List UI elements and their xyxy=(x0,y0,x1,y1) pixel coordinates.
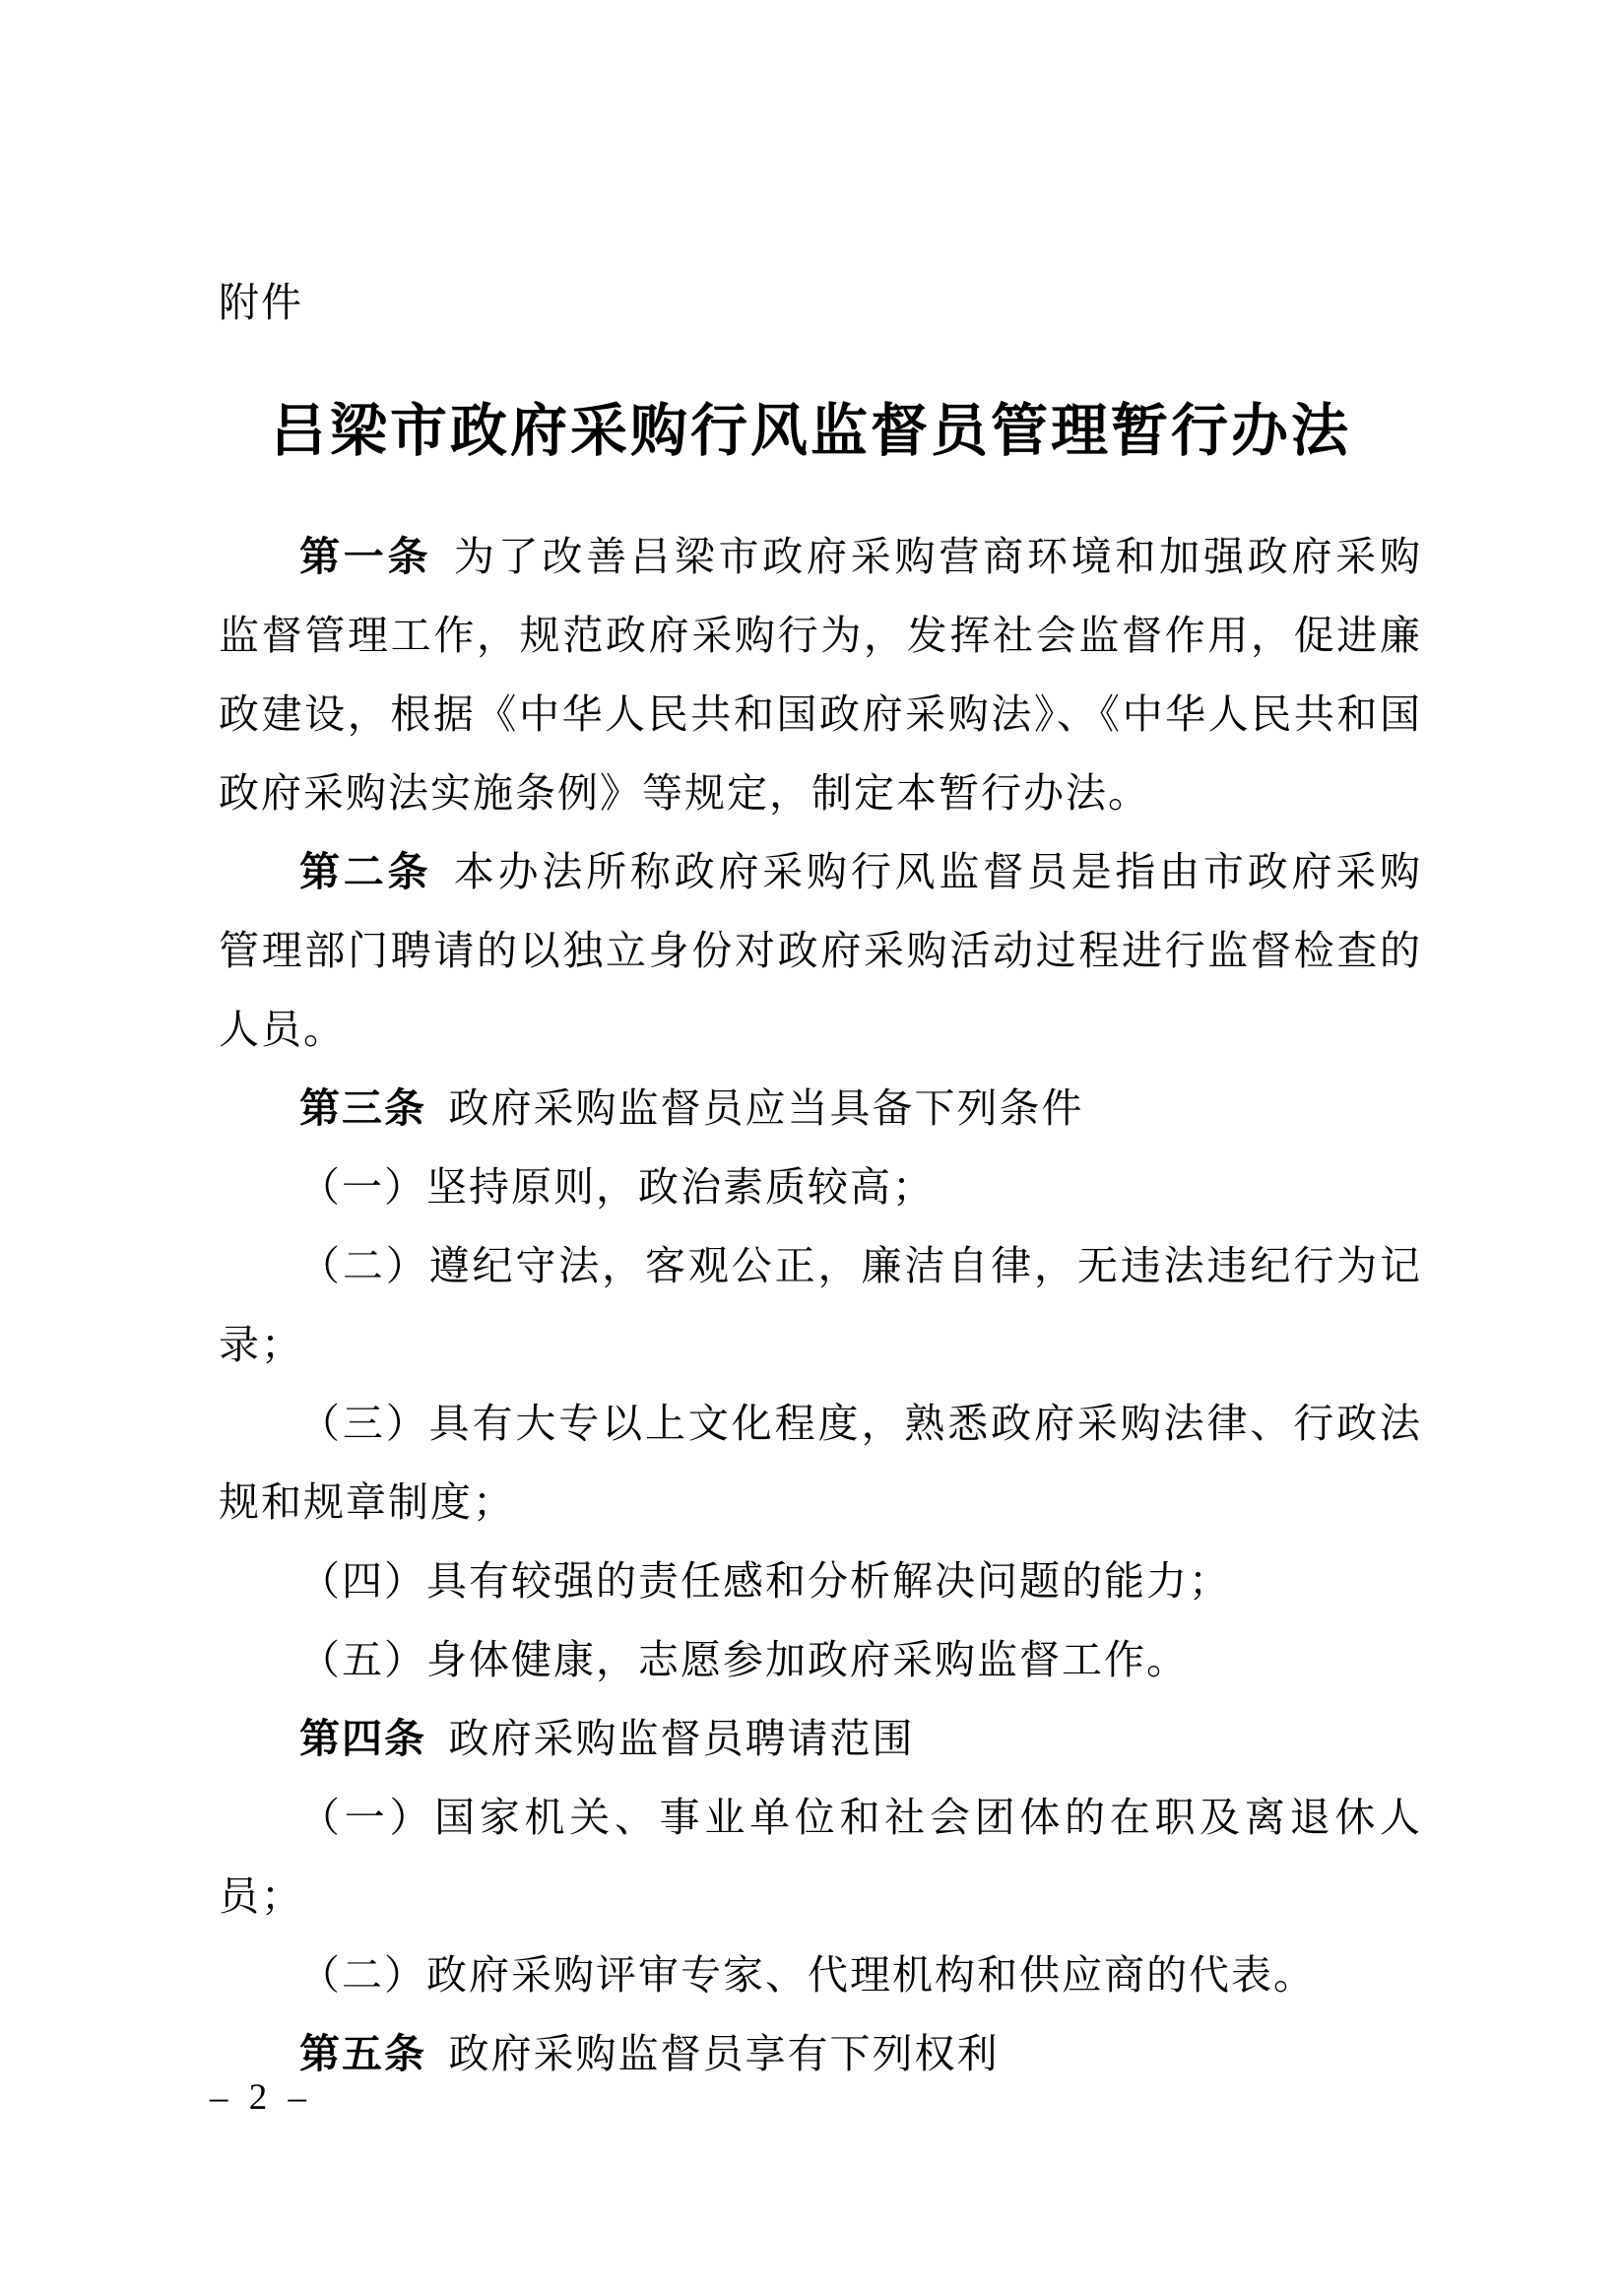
item-text: （二）政府采购评审专家、代理机构和供应商的代表。 xyxy=(299,1952,1316,1998)
paragraph-article-2: 第二条本办法所称政府采购行风监督员是指由市政府采购管理部门聘请的以独立身份对政府… xyxy=(219,832,1422,1069)
item-text: （一）国家机关、事业单位和社会团体的在职及离退休人员； xyxy=(219,1795,1422,1919)
paragraph-article-4-item-1: （一）国家机关、事业单位和社会团体的在职及离退休人员； xyxy=(219,1778,1422,1935)
document-page: 附件 吕梁市政府采购行风监督员管理暂行办法 第一条为了改善吕梁市政府采购营商环境… xyxy=(0,0,1621,2296)
article-4-number: 第四条 xyxy=(299,1716,426,1761)
paragraph-article-5: 第五条政府采购监督员享有下列权利 xyxy=(219,2014,1422,2093)
document-title: 吕梁市政府采购行风监督员管理暂行办法 xyxy=(0,392,1621,471)
article-2-number: 第二条 xyxy=(299,849,431,894)
paragraph-article-3-item-2: （二）遵纪守法，客观公正，廉洁自律，无违法违纪行为记录； xyxy=(219,1226,1422,1384)
attachment-label: 附件 xyxy=(219,279,303,326)
paragraph-article-4-item-2: （二）政府采购评审专家、代理机构和供应商的代表。 xyxy=(219,1935,1422,2014)
paragraph-article-3-item-3: （三）具有大专以上文化程度，熟悉政府采购法律、行政法规和规章制度； xyxy=(219,1384,1422,1542)
paragraph-article-3-item-4: （四）具有较强的责任感和分析解决问题的能力； xyxy=(219,1542,1422,1620)
article-3-text: 政府采购监督员应当具备下列条件 xyxy=(449,1085,1084,1131)
paragraph-article-3-item-1: （一）坚持原则，政治素质较高； xyxy=(219,1148,1422,1226)
paragraph-article-1: 第一条为了改善吕梁市政府采购营商环境和加强政府采购监督管理工作，规范政府采购行为… xyxy=(219,517,1422,832)
paragraph-article-3: 第三条政府采购监督员应当具备下列条件 xyxy=(219,1069,1422,1148)
item-text: （一）坚持原则，政治素质较高； xyxy=(299,1164,935,1210)
article-1-number: 第一条 xyxy=(299,534,431,579)
article-5-text: 政府采购监督员享有下列权利 xyxy=(449,2031,1000,2076)
item-text: （四）具有较强的责任感和分析解决问题的能力； xyxy=(299,1558,1231,1604)
item-text: （二）遵纪守法，客观公正，廉洁自律，无违法违纪行为记录； xyxy=(219,1243,1422,1367)
paragraph-article-3-item-5: （五）身体健康，志愿参加政府采购监督工作。 xyxy=(219,1620,1422,1699)
item-text: （三）具有大专以上文化程度，熟悉政府采购法律、行政法规和规章制度； xyxy=(219,1401,1422,1525)
article-5-number: 第五条 xyxy=(299,2031,426,2076)
article-3-number: 第三条 xyxy=(299,1085,426,1131)
page-number: – 2 – xyxy=(210,2076,312,2120)
item-text: （五）身体健康，志愿参加政府采购监督工作。 xyxy=(299,1637,1189,1682)
paragraph-article-4: 第四条政府采购监督员聘请范围 xyxy=(219,1699,1422,1778)
document-body: 第一条为了改善吕梁市政府采购营商环境和加强政府采购监督管理工作，规范政府采购行为… xyxy=(219,517,1422,2093)
article-4-text: 政府采购监督员聘请范围 xyxy=(449,1716,915,1761)
